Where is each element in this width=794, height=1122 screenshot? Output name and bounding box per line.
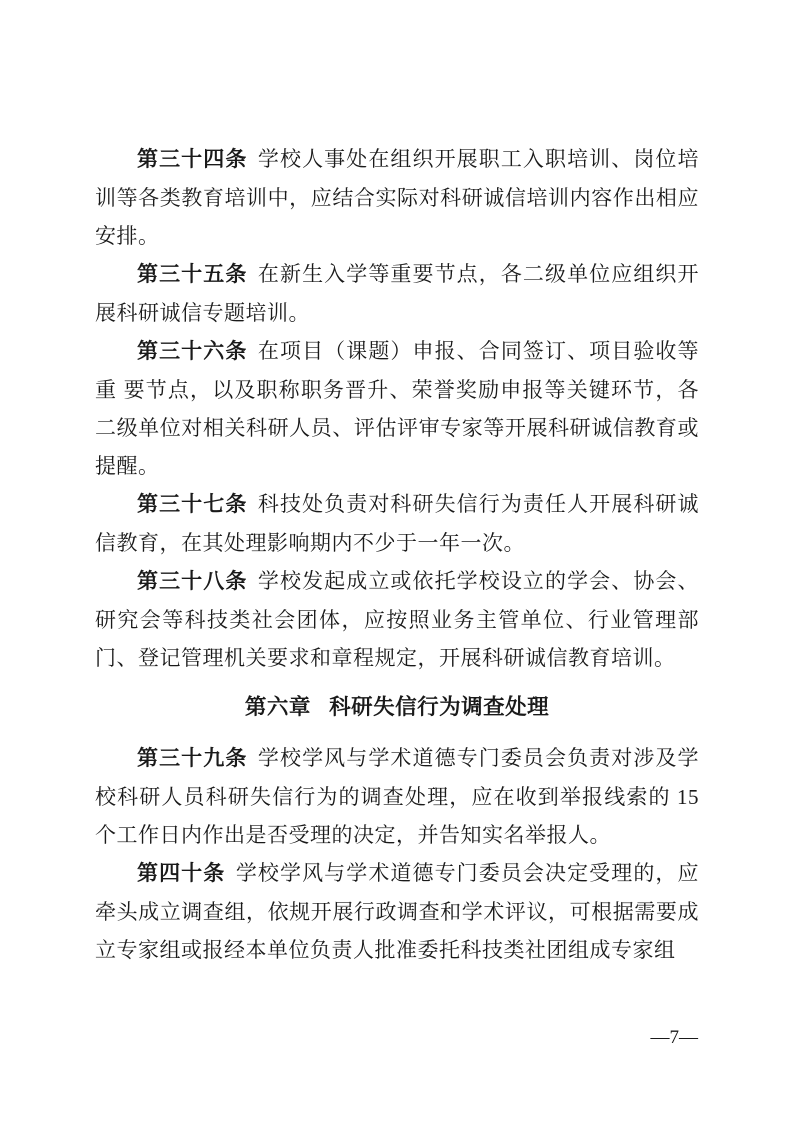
article-number: 第三十四条	[137, 148, 247, 171]
chapter-heading: 第六章科研失信行为调查处理	[95, 688, 699, 726]
article-number: 第四十条	[137, 862, 225, 885]
article-paragraph-37: 第三十七条科技处负责对科研失信行为责任人开展科研诚信教育，在其处理影响期内不少于…	[95, 485, 699, 562]
article-paragraph-34: 第三十四条学校人事处在组织开展职工入职培训、岗位培训等各类教育培训中，应结合实际…	[95, 140, 699, 255]
page-number: —7—	[651, 1026, 699, 1050]
article-number: 第三十八条	[137, 570, 247, 593]
article-paragraph-36: 第三十六条在项目（课题）申报、合同签订、项目验收等重 要节点，以及职称职务晋升、…	[95, 332, 699, 485]
document-page: 第三十四条学校人事处在组织开展职工入职培训、岗位培训等各类教育培训中，应结合实际…	[0, 0, 794, 1122]
article-number: 第三十五条	[137, 263, 247, 286]
article-number: 第三十七条	[137, 493, 247, 516]
article-paragraph-38: 第三十八条学校发起成立或依托学校设立的学会、协会、研究会等科技类社会团体，应按照…	[95, 562, 699, 677]
article-paragraph-40: 第四十条学校学风与学术道德专门委员会决定受理的，应牵头成立调查组，依规开展行政调…	[95, 854, 699, 969]
article-number: 第三十六条	[137, 340, 247, 363]
chapter-number: 第六章	[245, 695, 311, 719]
chapter-title: 科研失信行为调查处理	[329, 695, 549, 719]
article-number: 第三十九条	[137, 747, 247, 770]
document-body: 第三十四条学校人事处在组织开展职工入职培训、岗位培训等各类教育培训中，应结合实际…	[95, 140, 699, 969]
article-paragraph-35: 第三十五条在新生入学等重要节点，各二级单位应组织开展科研诚信专题培训。	[95, 255, 699, 332]
article-paragraph-39: 第三十九条学校学风与学术道德专门委员会负责对涉及学校科研人员科研失信行为的调查处…	[95, 739, 699, 854]
